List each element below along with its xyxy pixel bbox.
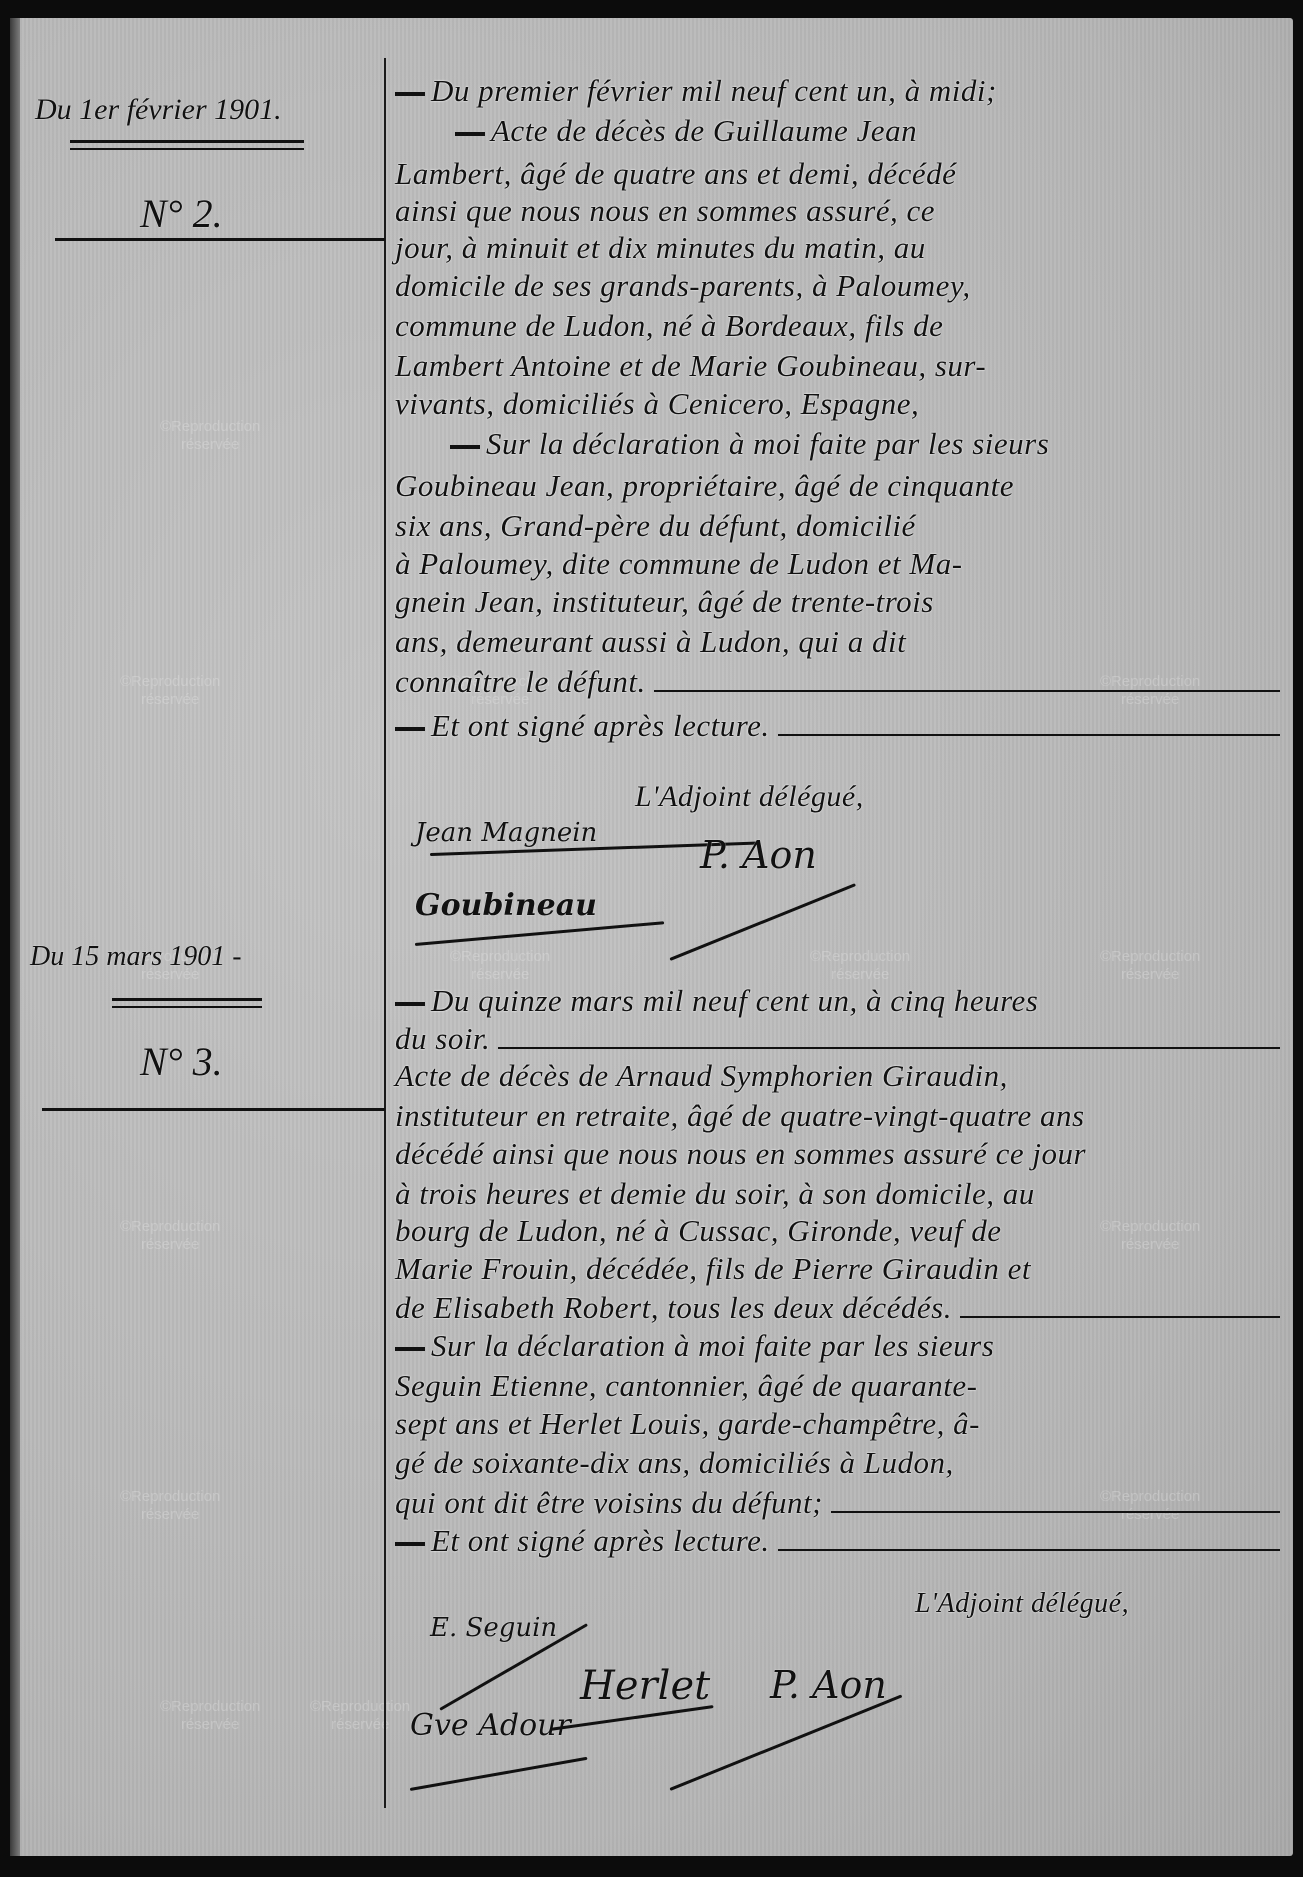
watermark: ©Reproductionréservée [1100, 1488, 1200, 1524]
handwritten-line: Lambert, âgé de quatre ans et demi, décé… [395, 156, 956, 192]
entry-separator [42, 1108, 385, 1111]
line-text: commune de Ludon, né à Bordeaux, fils de [395, 308, 943, 343]
handwritten-line: Marie Frouin, décédée, fils de Pierre Gi… [395, 1251, 1031, 1287]
fill-line [778, 1549, 1280, 1551]
handwritten-line: six ans, Grand-père du défunt, domicilié [395, 508, 916, 544]
line-text: vivants, domiciliés à Cenicero, Espagne, [395, 386, 919, 421]
handwritten-line: qui ont dit être voisins du défunt; [395, 1485, 823, 1521]
handwritten-line: de Elisabeth Robert, tous les deux décéd… [395, 1290, 952, 1326]
fill-line [498, 1047, 1280, 1049]
officer-title-2: L'Adjoint délégué, [915, 1588, 1129, 1620]
watermark: ©Reproductionréservée [450, 948, 550, 984]
signature-flourish [410, 1757, 588, 1791]
fill-line [831, 1511, 1280, 1513]
handwritten-line: Acte de décès de Arnaud Symphorien Girau… [395, 1058, 1008, 1094]
officer-signature-2: P. Aon [770, 1663, 887, 1707]
line-text: jour, à minuit et dix minutes du matin, … [395, 230, 926, 265]
dash-mark [395, 1347, 425, 1351]
watermark: ©Reproductionréservée [160, 418, 260, 454]
line-text: Lambert, âgé de quatre ans et demi, décé… [395, 156, 956, 191]
handwritten-line: vivants, domiciliés à Cenicero, Espagne, [395, 386, 919, 422]
line-text: bourg de Ludon, né à Cussac, Gironde, ve… [395, 1213, 1002, 1248]
line-text: de Elisabeth Robert, tous les deux décéd… [395, 1290, 952, 1325]
handwritten-line: décédé ainsi que nous nous en sommes ass… [395, 1136, 1086, 1172]
line-text: Sur la déclaration à moi faite par les s… [431, 1328, 994, 1363]
watermark: ©Reproductionréservée [120, 673, 220, 709]
watermark: ©Reproductionréservée [160, 1698, 260, 1734]
fill-line [960, 1316, 1280, 1318]
line-text: gé de soixante-dix ans, domiciliés à Lud… [395, 1445, 954, 1480]
officer-signature-1: P. Aon [700, 833, 817, 877]
line-text: Acte de décès de Arnaud Symphorien Girau… [395, 1058, 1008, 1093]
handwritten-line: Goubineau Jean, propriétaire, âgé de cin… [395, 468, 1014, 504]
line-text: Marie Frouin, décédée, fils de Pierre Gi… [395, 1251, 1031, 1286]
witness-signature-2: Gve Adour [410, 1708, 571, 1743]
dash-mark [395, 1002, 425, 1006]
line-text: qui ont dit être voisins du défunt; [395, 1485, 823, 1520]
handwritten-line: Lambert Antoine et de Marie Goubineau, s… [395, 348, 986, 384]
handwritten-line: gé de soixante-dix ans, domiciliés à Lud… [395, 1445, 954, 1481]
line-text: Acte de décès de Guillaume Jean [491, 113, 917, 148]
handwritten-line: à Paloumey, dite commune de Ludon et Ma- [395, 546, 963, 582]
register-page: ©Reproductionréservée ©Reproductionréser… [10, 18, 1293, 1856]
entry-1-number: N° 2. [140, 190, 223, 237]
line-text: gnein Jean, instituteur, âgé de trente-t… [395, 584, 934, 619]
line-text: Goubineau Jean, propriétaire, âgé de cin… [395, 468, 1014, 503]
line-text: instituteur en retraite, âgé de quatre-v… [395, 1098, 1085, 1133]
dash-mark [395, 92, 425, 96]
witness-signature-2: Goubineau [415, 888, 597, 923]
handwritten-line: Et ont signé après lecture. [395, 708, 770, 744]
date-underline [112, 998, 262, 1008]
dash-mark [450, 445, 480, 449]
entry-2-date: Du 15 mars 1901 - [30, 941, 242, 973]
line-text: Seguin Etienne, cantonnier, âgé de quara… [395, 1368, 977, 1403]
fill-line [654, 690, 1280, 692]
handwritten-line: gnein Jean, instituteur, âgé de trente-t… [395, 584, 934, 620]
handwritten-line: domicile de ses grands-parents, à Paloum… [395, 268, 971, 304]
handwritten-line: bourg de Ludon, né à Cussac, Gironde, ve… [395, 1213, 1002, 1249]
handwritten-line: Sur la déclaration à moi faite par les s… [395, 1328, 994, 1364]
watermark: ©Reproductionréservée [310, 1698, 410, 1734]
watermark: ©Reproductionréservée [810, 948, 910, 984]
line-text: Du quinze mars mil neuf cent un, à cinq … [431, 983, 1038, 1018]
line-text: ainsi que nous nous en sommes assuré, ce [395, 193, 935, 228]
handwritten-line: Sur la déclaration à moi faite par les s… [450, 426, 1049, 462]
handwritten-line: sept ans et Herlet Louis, garde-champêtr… [395, 1406, 980, 1442]
margin-rule [384, 58, 386, 1808]
line-text: connaître le défunt. [395, 664, 646, 699]
line-text: Lambert Antoine et de Marie Goubineau, s… [395, 348, 986, 383]
line-text: Du premier février mil neuf cent un, à m… [431, 73, 997, 108]
witness-signature-1: Jean Magnein [415, 818, 597, 848]
handwritten-line: commune de Ludon, né à Bordeaux, fils de [395, 308, 943, 344]
watermark: ©Reproductionréservée [120, 1488, 220, 1524]
line-text: Et ont signé après lecture. [431, 1523, 770, 1558]
line-text: sept ans et Herlet Louis, garde-champêtr… [395, 1406, 980, 1441]
watermark: ©Reproductionréservée [1100, 948, 1200, 984]
handwritten-line: Acte de décès de Guillaume Jean [455, 113, 917, 149]
page-binding-edge [10, 18, 20, 1856]
handwritten-line: connaître le défunt. [395, 664, 646, 700]
handwritten-line: du soir. [395, 1021, 490, 1057]
line-text: à trois heures et demie du soir, à son d… [395, 1176, 1035, 1211]
line-text: six ans, Grand-père du défunt, domicilié [395, 508, 916, 543]
handwritten-line: Seguin Etienne, cantonnier, âgé de quara… [395, 1368, 977, 1404]
handwritten-line: Et ont signé après lecture. [395, 1523, 770, 1559]
line-text: ans, demeurant aussi à Ludon, qui a dit [395, 624, 906, 659]
line-text: domicile de ses grands-parents, à Paloum… [395, 268, 971, 303]
line-text: Et ont signé après lecture. [431, 708, 770, 743]
line-text: Sur la déclaration à moi faite par les s… [486, 426, 1049, 461]
handwritten-line: jour, à minuit et dix minutes du matin, … [395, 230, 926, 266]
watermark: ©Reproductionréservée [1100, 1218, 1200, 1254]
line-text: décédé ainsi que nous nous en sommes ass… [395, 1136, 1086, 1171]
handwritten-line: instituteur en retraite, âgé de quatre-v… [395, 1098, 1085, 1134]
handwritten-line: Du quinze mars mil neuf cent un, à cinq … [395, 983, 1038, 1019]
dash-mark [455, 132, 485, 136]
signature-flourish [415, 921, 664, 946]
dash-mark [395, 727, 425, 731]
handwritten-line: ans, demeurant aussi à Ludon, qui a dit [395, 624, 906, 660]
entry-separator [55, 238, 385, 241]
watermark: ©Reproductionréservée [120, 1218, 220, 1254]
line-text: du soir. [395, 1021, 490, 1056]
dash-mark [395, 1542, 425, 1546]
witness-signature-1: E. Seguin [430, 1613, 557, 1643]
fill-line [778, 734, 1280, 736]
entry-1-date: Du 1er février 1901. [35, 93, 282, 127]
date-underline [70, 140, 304, 150]
line-text: à Paloumey, dite commune de Ludon et Ma- [395, 546, 963, 581]
officer-title-1: L'Adjoint délégué, [635, 780, 864, 814]
handwritten-line: Du premier février mil neuf cent un, à m… [395, 73, 997, 109]
handwritten-line: à trois heures et demie du soir, à son d… [395, 1176, 1035, 1212]
witness-signature-3: Herlet [580, 1663, 710, 1709]
entry-2-number: N° 3. [140, 1038, 223, 1085]
handwritten-line: ainsi que nous nous en sommes assuré, ce [395, 193, 935, 229]
